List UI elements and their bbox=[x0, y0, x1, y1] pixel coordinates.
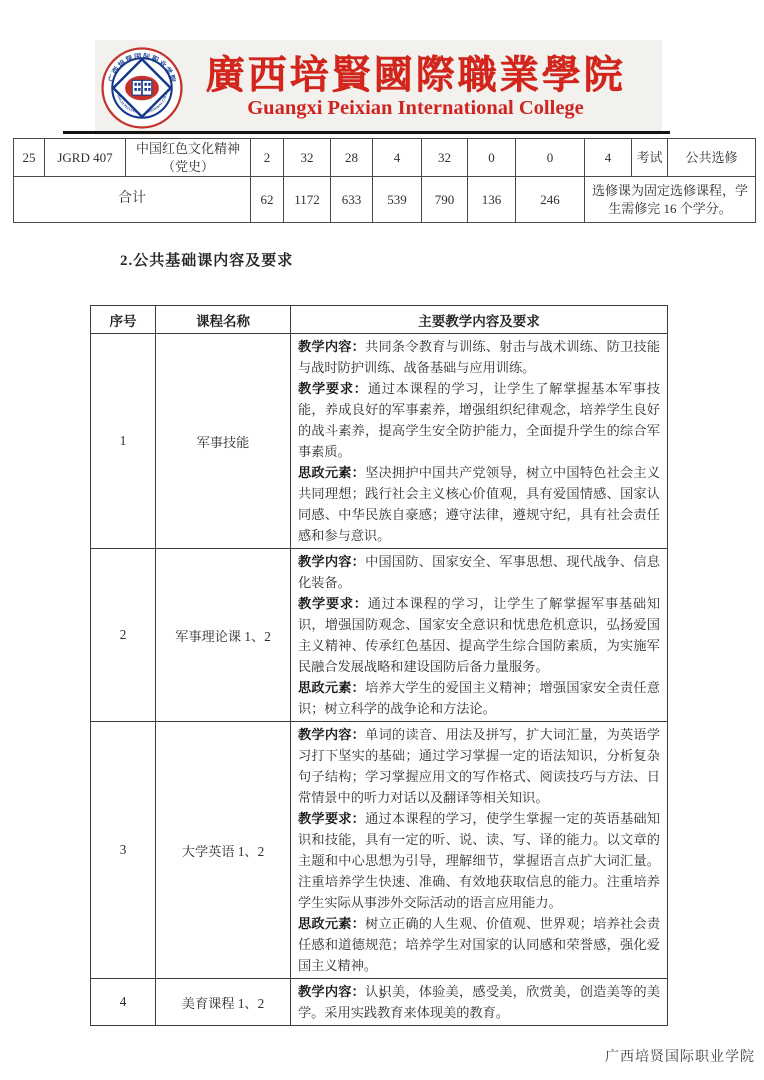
course-code: JGRD 407 bbox=[45, 139, 126, 177]
college-titles: 廣西培賢國際職業學院 Guangxi Peixian International… bbox=[183, 54, 662, 120]
total-1: 633 bbox=[331, 177, 373, 223]
elective-note: 选修课为固定选修课程，学生需修完 16 个学分。 bbox=[585, 177, 756, 223]
header-no: 序号 bbox=[91, 306, 156, 334]
total-credits: 62 bbox=[251, 177, 284, 223]
curriculum-summary-table: 25 JGRD 407 中国红色文化精神 （党史） 2 32 28 4 32 0… bbox=[13, 138, 756, 223]
college-title-english: Guangxi Peixian International College bbox=[183, 97, 648, 121]
paragraph-label: 教学要求： bbox=[298, 811, 365, 826]
row-content: 教学内容：共同条令教育与训练、射击与战术训练、防卫技能与战时防护训练、战备基础与… bbox=[291, 334, 668, 549]
total-label: 合计 bbox=[14, 177, 251, 223]
course-hours-4: 0 bbox=[468, 139, 516, 177]
course-hours-2: 4 bbox=[373, 139, 422, 177]
total-3: 790 bbox=[422, 177, 468, 223]
course-content-table: 序号 课程名称 主要教学内容及要求 1 军事技能 教学内容：共同条令教育与训练、… bbox=[90, 305, 668, 1026]
header-content: 主要教学内容及要求 bbox=[291, 306, 668, 334]
paragraph-label: 教学要求： bbox=[298, 381, 368, 396]
total-5: 246 bbox=[516, 177, 585, 223]
course-name-line2: （党史） bbox=[128, 158, 248, 176]
course-total-hours: 32 bbox=[284, 139, 331, 177]
course-hours-3: 32 bbox=[422, 139, 468, 177]
table-row: 1 军事技能 教学内容：共同条令教育与训练、射击与战术训练、防卫技能与战时防护训… bbox=[91, 334, 668, 549]
row-course: 大学英语 1、2 bbox=[156, 722, 291, 979]
table-top-thick-rule bbox=[63, 131, 670, 134]
document-page: 广西培贤国际职业学院 GUANGXI PEIXIAN INTERNATIONAL… bbox=[0, 0, 764, 1080]
row-content: 教学内容：中国国防、国家安全、军事思想、现代战争、信息化装备。 教学要求：通过本… bbox=[291, 549, 668, 722]
header-course-name: 课程名称 bbox=[156, 306, 291, 334]
paragraph-label: 教学内容： bbox=[298, 727, 365, 742]
table-row: 25 JGRD 407 中国红色文化精神 （党史） 2 32 28 4 32 0… bbox=[14, 139, 756, 177]
paragraph-label: 思政元素： bbox=[298, 916, 365, 931]
course-no: 25 bbox=[14, 139, 45, 177]
college-header-banner: 广西培贤国际职业学院 GUANGXI PEIXIAN INTERNATIONAL… bbox=[95, 40, 662, 135]
college-title-chinese: 廣西培賢國際職業學院 bbox=[183, 54, 648, 97]
table-header-row: 序号 课程名称 主要教学内容及要求 bbox=[91, 306, 668, 334]
paragraph-label: 思政元素： bbox=[298, 465, 365, 480]
table-row-total: 合计 62 1172 633 539 790 136 246 选修课为固定选修课… bbox=[14, 177, 756, 223]
course-exam-type: 考试 bbox=[632, 139, 668, 177]
section-heading: 2.公共基础课内容及要求 bbox=[120, 249, 293, 270]
course-semester: 4 bbox=[585, 139, 632, 177]
paragraph-label: 思政元素： bbox=[298, 680, 365, 695]
row-no: 3 bbox=[91, 722, 156, 979]
table-row: 3 大学英语 1、2 教学内容：单词的读音、用法及拼写，扩大词汇量，为英语学习打… bbox=[91, 722, 668, 979]
total-4: 136 bbox=[468, 177, 516, 223]
total-2: 539 bbox=[373, 177, 422, 223]
paragraph-label: 教学内容： bbox=[298, 339, 365, 354]
course-hours-5: 0 bbox=[516, 139, 585, 177]
table-row: 2 军事理论课 1、2 教学内容：中国国防、国家安全、军事思想、现代战争、信息化… bbox=[91, 549, 668, 722]
course-name-line1: 中国红色文化精神 bbox=[128, 140, 248, 158]
paragraph-label: 教学内容： bbox=[298, 554, 365, 569]
row-no: 2 bbox=[91, 549, 156, 722]
book-icon bbox=[132, 80, 151, 95]
footer-college-name: 广西培贤国际职业学院 bbox=[605, 1046, 755, 1066]
course-name: 中国红色文化精神 （党史） bbox=[126, 139, 251, 177]
page-number: 5 bbox=[0, 986, 764, 1002]
row-course: 军事技能 bbox=[156, 334, 291, 549]
college-seal-logo: 广西培贤国际职业学院 GUANGXI PEIXIAN INTERNATIONAL… bbox=[101, 47, 183, 129]
course-credits: 2 bbox=[251, 139, 284, 177]
paragraph-label: 教学要求： bbox=[298, 596, 368, 611]
course-category: 公共选修 bbox=[668, 139, 756, 177]
row-no: 1 bbox=[91, 334, 156, 549]
total-hours: 1172 bbox=[284, 177, 331, 223]
row-course: 军事理论课 1、2 bbox=[156, 549, 291, 722]
row-content: 教学内容：单词的读音、用法及拼写，扩大词汇量，为英语学习打下坚实的基础；通过学习… bbox=[291, 722, 668, 979]
course-hours-1: 28 bbox=[331, 139, 373, 177]
